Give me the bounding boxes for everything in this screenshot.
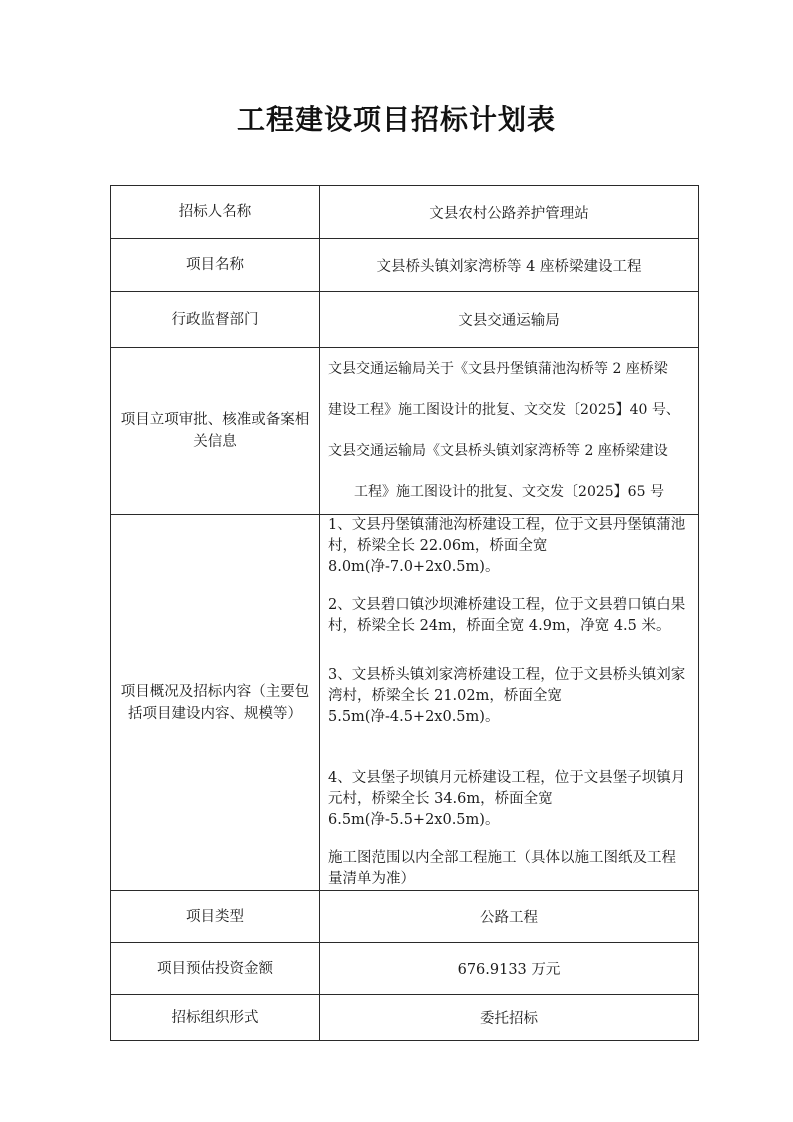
project-overview: 1、文县丹堡镇蒲池沟桥建设工程，位于文县丹堡镇蒲池村，桥梁全长 22.06m，桥… xyxy=(320,515,699,891)
tender-plan-table: 招标人名称 文县农村公路养护管理站 项目名称 文县桥头镇刘家湾桥等 4 座桥梁建… xyxy=(110,185,699,1041)
approval-info: 文县交通运输局关于《文县丹堡镇蒲池沟桥等 2 座桥梁 建设工程》施工图设计的批复… xyxy=(320,348,699,515)
approval-line: 文县交通运输局关于《文县丹堡镇蒲池沟桥等 2 座桥梁 xyxy=(320,349,698,390)
overview-item: 3、文县桥头镇刘家湾桥建设工程，位于文县桥头镇刘家湾村，桥梁全长 21.02m，… xyxy=(328,665,690,728)
row-value: 文县桥头镇刘家湾桥等 4 座桥梁建设工程 xyxy=(320,239,699,292)
row-label: 项目概况及招标内容（主要包括项目建设内容、规模等） xyxy=(111,515,320,891)
table-row: 招标组织形式 委托招标 xyxy=(111,995,699,1041)
row-label: 行政监督部门 xyxy=(111,292,320,348)
row-label: 项目类型 xyxy=(111,891,320,943)
table-row: 项目类型 公路工程 xyxy=(111,891,699,943)
approval-line: 文县交通运输局《文县桥头镇刘家湾桥等 2 座桥梁建设 xyxy=(320,431,698,472)
row-label: 项目预估投资金额 xyxy=(111,943,320,995)
approval-line: 建设工程》施工图设计的批复、文交发〔2025】40 号、 xyxy=(320,390,698,431)
approval-line: 工程》施工图设计的批复、文交发〔2025】65 号 xyxy=(320,472,698,513)
table-row: 项目预估投资金额 676.9133 万元 xyxy=(111,943,699,995)
table-row: 项目名称 文县桥头镇刘家湾桥等 4 座桥梁建设工程 xyxy=(111,239,699,292)
overview-item: 施工图范围以内全部工程施工（具体以施工图纸及工程量清单为准） xyxy=(328,848,690,890)
row-label: 招标组织形式 xyxy=(111,995,320,1041)
row-value: 委托招标 xyxy=(320,995,699,1041)
overview-item: 4、文县堡子坝镇月元桥建设工程，位于文县堡子坝镇月元村，桥梁全长 34.6m，桥… xyxy=(328,768,690,831)
overview-item: 2、文县碧口镇沙坝滩桥建设工程，位于文县碧口镇白果村，桥梁全长 24m，桥面全宽… xyxy=(328,595,690,637)
table-row: 行政监督部门 文县交通运输局 xyxy=(111,292,699,348)
row-value: 公路工程 xyxy=(320,891,699,943)
row-value: 文县农村公路养护管理站 xyxy=(320,186,699,239)
row-label: 招标人名称 xyxy=(111,186,320,239)
table-row: 招标人名称 文县农村公路养护管理站 xyxy=(111,186,699,239)
investment-amount: 676.9133 万元 xyxy=(320,943,699,995)
row-label: 项目名称 xyxy=(111,239,320,292)
page-title: 工程建设项目招标计划表 xyxy=(0,98,793,138)
row-value: 文县交通运输局 xyxy=(320,292,699,348)
overview-item: 1、文县丹堡镇蒲池沟桥建设工程，位于文县丹堡镇蒲池村，桥梁全长 22.06m，桥… xyxy=(328,515,690,578)
row-label: 项目立项审批、核准或备案相关信息 xyxy=(111,348,320,515)
table-row: 项目概况及招标内容（主要包括项目建设内容、规模等） 1、文县丹堡镇蒲池沟桥建设工… xyxy=(111,515,699,891)
table-row: 项目立项审批、核准或备案相关信息 文县交通运输局关于《文县丹堡镇蒲池沟桥等 2 … xyxy=(111,348,699,515)
